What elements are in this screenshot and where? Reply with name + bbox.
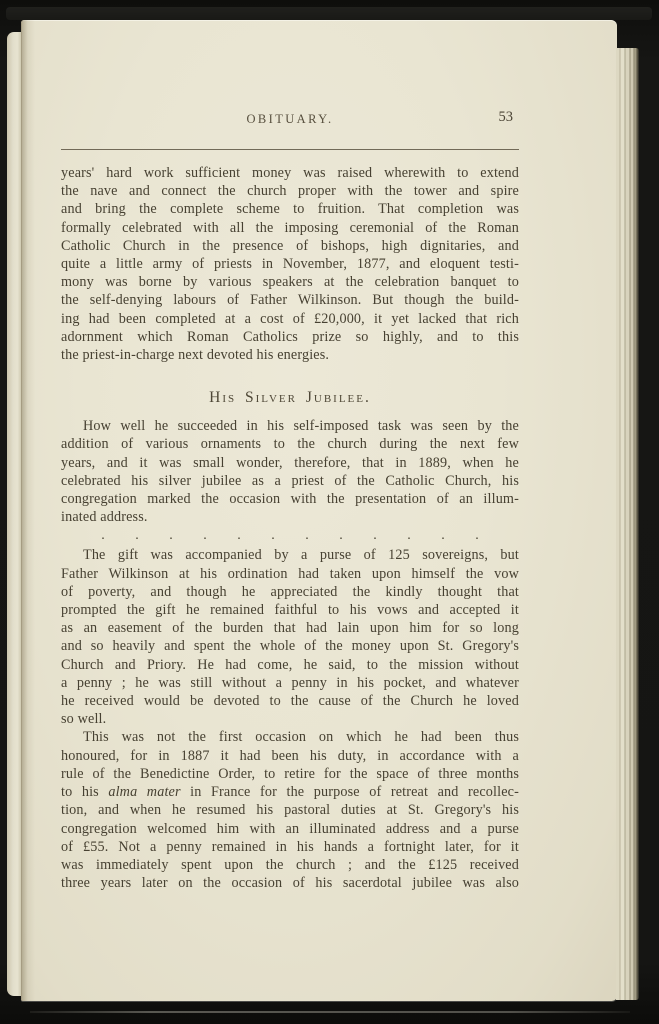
text-line: mony was borne by various speakers at th… — [61, 273, 519, 291]
text-line: prompted the gift he remained faithful t… — [61, 601, 519, 619]
text-line: and bring the complete scheme to fruitio… — [61, 200, 519, 218]
page-number: 53 — [499, 109, 514, 126]
text-line: tion, and when he resumed his pastoral d… — [61, 801, 519, 819]
paragraph: The gift was accompanied by a purse of 1… — [61, 546, 519, 728]
book-page: OBITUARY. 53 years' hard work sufficient… — [21, 20, 617, 1001]
text-line: three years later on the occasion of his… — [61, 874, 519, 892]
left-page-edge — [7, 32, 22, 996]
text-line: The gift was accompanied by a purse of 1… — [61, 546, 519, 564]
text-line: congregation welcomed him with an illumi… — [61, 820, 519, 838]
text-line: Catholic Church in the presence of bisho… — [61, 237, 519, 255]
paragraph: This was not the first occasion on which… — [61, 728, 519, 892]
dots-separator: . . . . . . . . . . . . — [61, 527, 519, 545]
paragraph: years' hard work sufficient money was ra… — [61, 164, 519, 364]
paragraph-group: years' hard work sufficient money was ra… — [61, 164, 519, 364]
text-line: celebrated his silver jubilee as a pries… — [61, 472, 519, 490]
running-header: OBITUARY. — [246, 112, 333, 127]
page-header: OBITUARY. 53 — [61, 112, 519, 129]
text-line: Church and Priory. He had come, he said,… — [61, 656, 519, 674]
text-line: years' hard work sufficient money was ra… — [61, 164, 519, 182]
page-content: OBITUARY. 53 years' hard work sufficient… — [61, 20, 519, 892]
text-line: formally celebrated with all the imposin… — [61, 219, 519, 237]
text-line: This was not the first occasion on which… — [61, 728, 519, 746]
plain-text: in France for the purpose of retreat and… — [181, 784, 519, 800]
text-line: the nave and connect the church proper w… — [61, 182, 519, 200]
section-heading: His Silver Jubilee. — [61, 388, 519, 407]
cover-seam-line — [30, 1011, 630, 1013]
text-line: the self-denying labours of Father Wilki… — [61, 291, 519, 309]
text-line: honoured, for in 1887 it had been his du… — [61, 747, 519, 765]
text-line: ing had been completed at a cost of £20,… — [61, 310, 519, 328]
text-line: inated address. — [61, 508, 519, 526]
book-scan: OBITUARY. 53 years' hard work sufficient… — [0, 0, 659, 1024]
text-line: was immediately spent upon the church ; … — [61, 856, 519, 874]
text-line: as an easement of the burden that had la… — [61, 619, 519, 637]
text-line: Father Wilkinson at his ordination had t… — [61, 565, 519, 583]
text-line: addition of various ornaments to the chu… — [61, 435, 519, 453]
paragraph-group: The gift was accompanied by a purse of 1… — [61, 546, 519, 892]
text-line: and so heavily and spent the whole of th… — [61, 637, 519, 655]
text-line: How well he succeeded in his self-impose… — [61, 417, 519, 435]
text-line: rule of the Benedictine Order, to retire… — [61, 765, 519, 783]
italic-text: alma mater — [108, 784, 180, 800]
text-line: congregation marked the occasion with th… — [61, 490, 519, 508]
header-rule — [61, 149, 519, 150]
text-line: adornment which Roman Catholics prize so… — [61, 328, 519, 346]
text-line: quite a little army of priests in Novemb… — [61, 255, 519, 273]
plain-text: to his — [61, 784, 108, 800]
text-line: so well. — [61, 710, 519, 728]
text-line: to his alma mater in France for the purp… — [61, 783, 519, 801]
text-line: he received would be devoted to the caus… — [61, 692, 519, 710]
binding-crease — [21, 20, 35, 1001]
book-cover-top-band — [6, 7, 652, 20]
text-line: years, and it was small wonder, therefor… — [61, 454, 519, 472]
text-line: a penny ; he was still without a penny i… — [61, 674, 519, 692]
paragraph: How well he succeeded in his self-impose… — [61, 417, 519, 526]
paragraph-group: How well he succeeded in his self-impose… — [61, 417, 519, 526]
right-page-stack-edges — [616, 48, 639, 1000]
text-line: of poverty, and though he appreciated th… — [61, 583, 519, 601]
text-line: the priest-in-charge next devoted his en… — [61, 346, 519, 364]
text-line: of £55. Not a penny remained in his hand… — [61, 838, 519, 856]
